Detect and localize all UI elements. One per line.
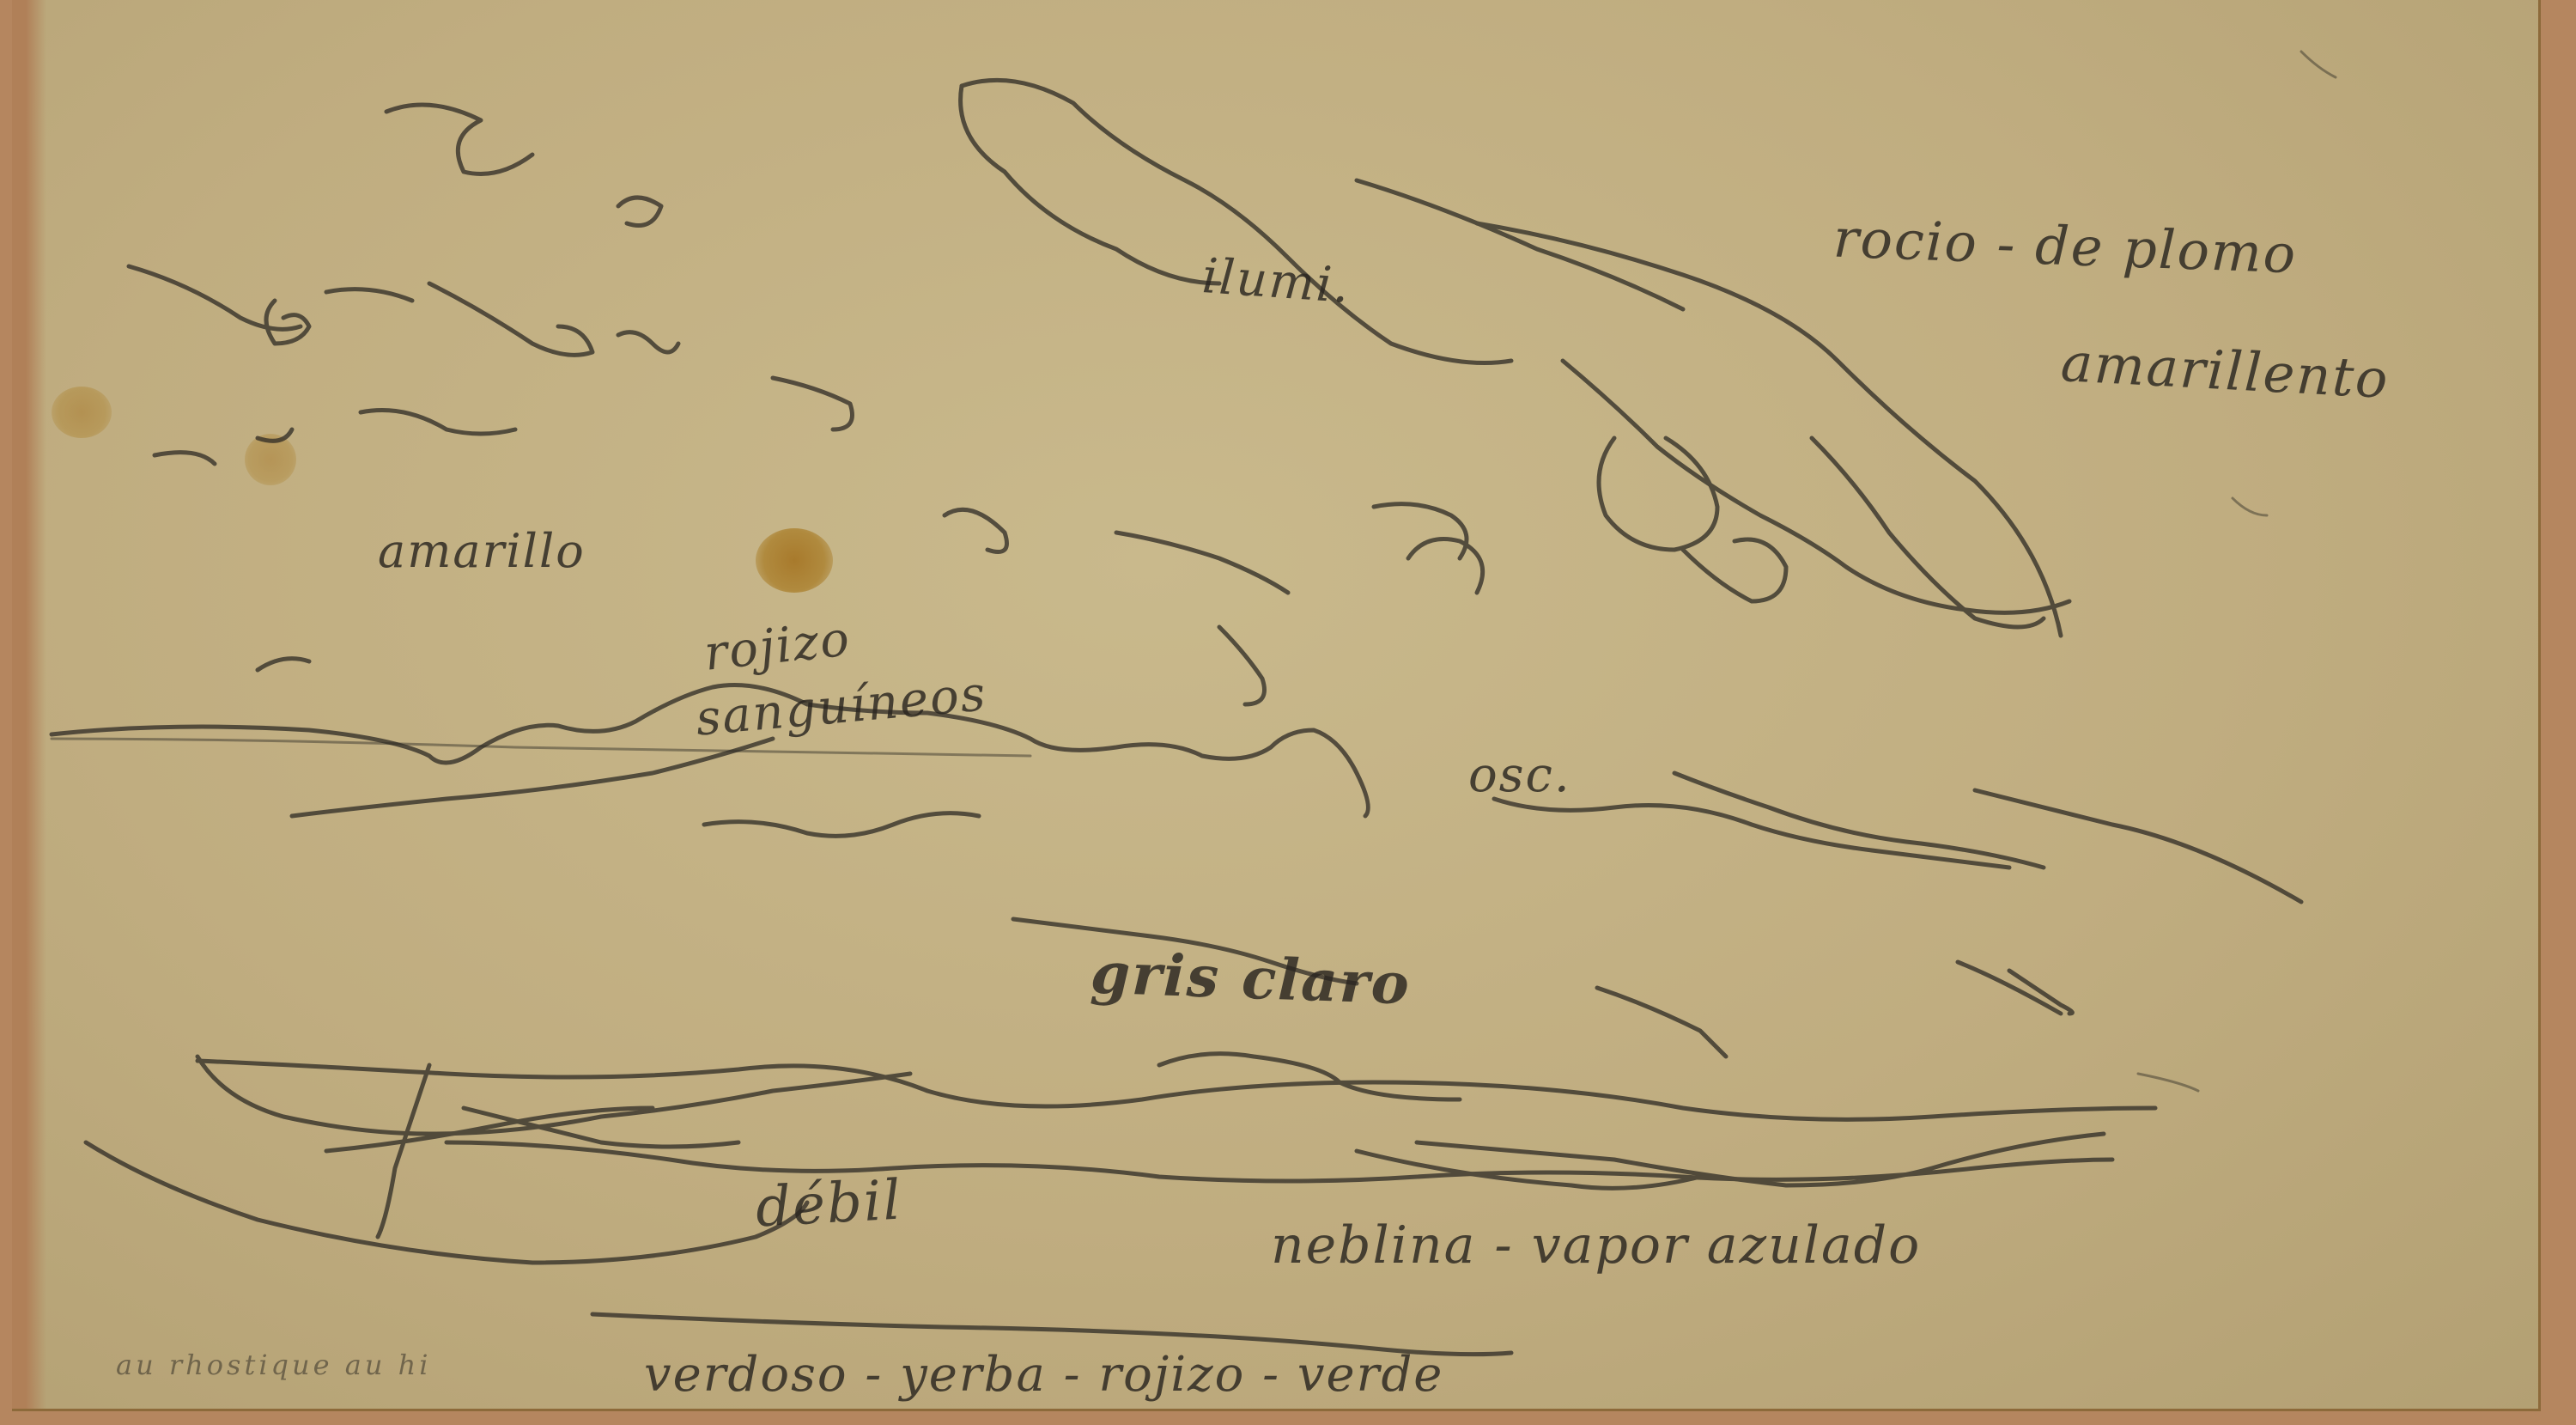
annotation-osc: osc. [1468,747,1571,803]
annotation-ilumi: ilumi. [1200,248,1352,314]
annotation-verdoso-yerba-rojizo-verde: verdoso - yerba - rojizo - verde [644,1347,1443,1403]
annotation-debil: débil [754,1169,903,1240]
annotation-faint-stamp: au rhostique au hi [116,1349,431,1381]
pencil-sketch [0,0,2576,1425]
annotation-amarillo: amarillo [378,524,586,578]
annotation-neblina-vapor-azulado: neblina - vapor azulado [1271,1215,1921,1276]
annotation-gris-claro: gris claro [1090,940,1412,1018]
